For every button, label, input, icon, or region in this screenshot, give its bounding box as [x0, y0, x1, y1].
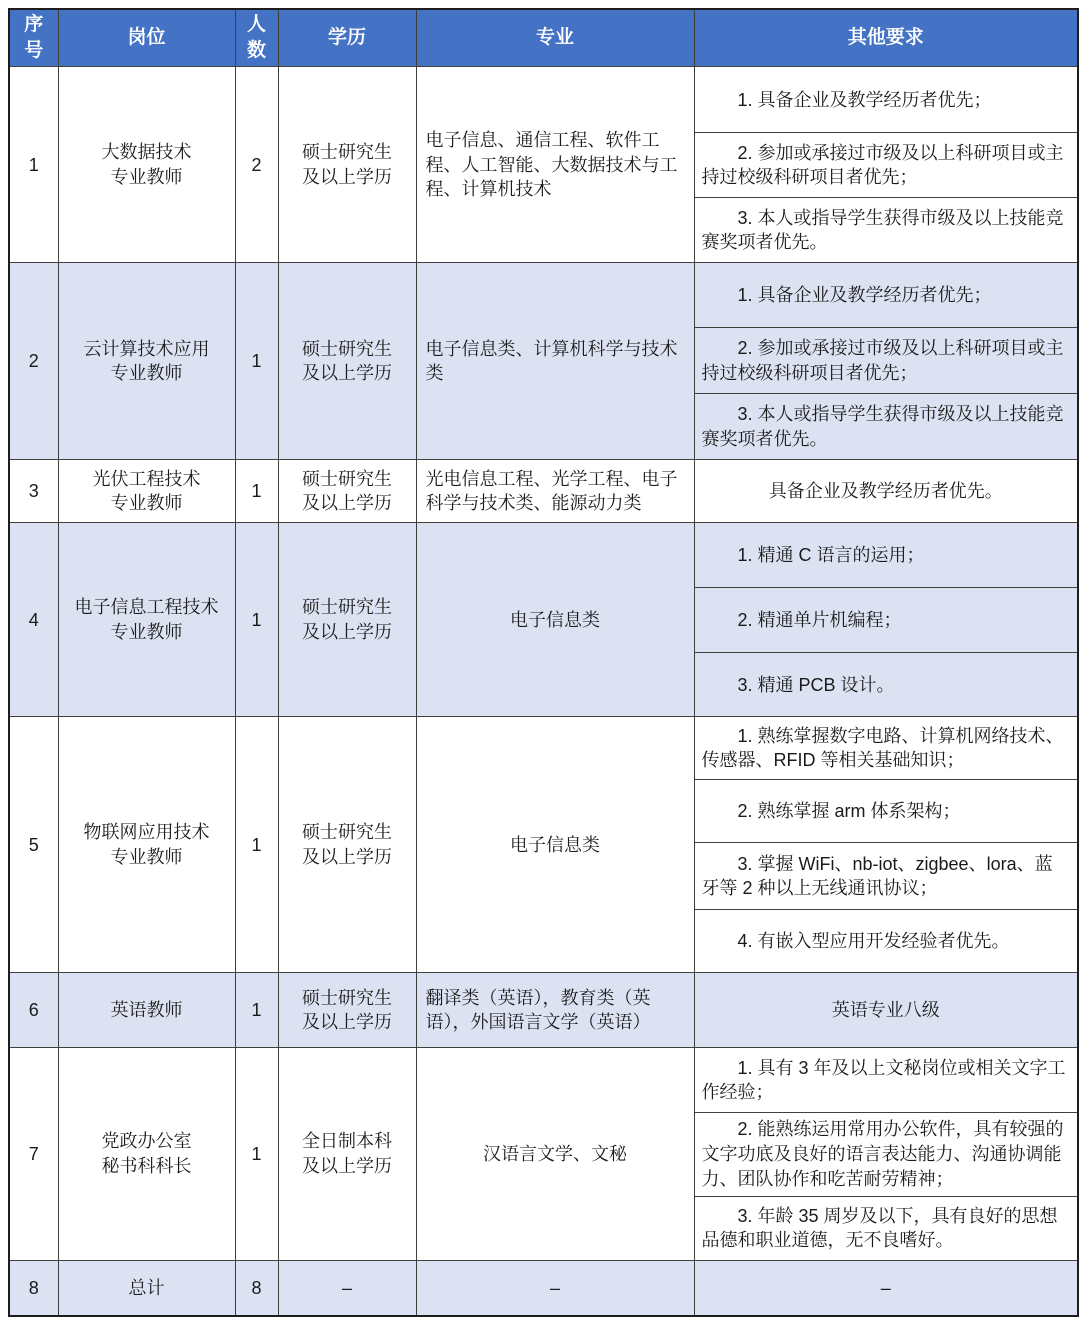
table-row: 1 大数据技术 专业教师 2 硕士研究生 及以上学历 电子信息、通信工程、软件工…: [9, 67, 1078, 133]
cell-education: 硕士研究生 及以上学历: [278, 523, 416, 717]
header-cell-position: 岗位: [58, 9, 235, 67]
table-row: 5 物联网应用技术 专业教师 1 硕士研究生 及以上学历 电子信息类 1. 熟练…: [9, 717, 1078, 780]
cell-count: 1: [235, 1048, 278, 1260]
cell-education: 全日制本科 及以上学历: [278, 1048, 416, 1260]
cell-requirement: 1. 熟练掌握数字电路、计算机网络技术、传感器、RFID 等相关基础知识；: [694, 717, 1078, 780]
total-row: 8 总计 8 – – –: [9, 1260, 1078, 1316]
cell-position: 光伏工程技术 专业教师: [58, 460, 235, 523]
cell-position: 物联网应用技术 专业教师: [58, 717, 235, 973]
cell-requirement: 4. 有嵌入型应用开发经验者优先。: [694, 910, 1078, 973]
cell-position: 大数据技术 专业教师: [58, 67, 235, 263]
cell-specialty: 电子信息类: [416, 523, 694, 717]
cell-requirement: 1. 具备企业及教学经历者优先；: [694, 263, 1078, 328]
cell-requirement: 3. 精通 PCB 设计。: [694, 653, 1078, 717]
cell-specialty: 电子信息类、计算机科学与技术类: [416, 263, 694, 460]
cell-position: 总计: [58, 1260, 235, 1316]
cell-no: 4: [9, 523, 58, 717]
cell-education: 硕士研究生 及以上学历: [278, 263, 416, 460]
cell-requirement: 2. 参加或承接过市级及以上科研项目或主持过校级科研项目者优先；: [694, 328, 1078, 394]
cell-count: 8: [235, 1260, 278, 1316]
cell-no: 5: [9, 717, 58, 973]
cell-position: 云计算技术应用 专业教师: [58, 263, 235, 460]
cell-position: 党政办公室 秘书科科长: [58, 1048, 235, 1260]
cell-education: –: [278, 1260, 416, 1316]
cell-education: 硕士研究生 及以上学历: [278, 460, 416, 523]
header-row: 序 号 岗位 人 数 学历 专业 其他要求: [9, 9, 1078, 67]
cell-position: 电子信息工程技术 专业教师: [58, 523, 235, 717]
header-cell-specialty: 专业: [416, 9, 694, 67]
header-cell-other: 其他要求: [694, 9, 1078, 67]
cell-specialty: 电子信息、通信工程、软件工程、人工智能、大数据技术与工程、计算机技术: [416, 67, 694, 263]
cell-requirement: 3. 本人或指导学生获得市级及以上技能竞赛奖项者优先。: [694, 198, 1078, 263]
cell-specialty: 光电信息工程、光学工程、电子科学与技术类、能源动力类: [416, 460, 694, 523]
cell-count: 2: [235, 67, 278, 263]
cell-requirement: 2. 精通单片机编程；: [694, 588, 1078, 653]
header-cell-no: 序 号: [9, 9, 58, 67]
cell-count: 1: [235, 717, 278, 973]
cell-requirement: 2. 能熟练运用常用办公软件，具有较强的文字功底及良好的语言表达能力、沟通协调能…: [694, 1113, 1078, 1196]
cell-position: 英语教师: [58, 973, 235, 1048]
cell-education: 硕士研究生 及以上学历: [278, 973, 416, 1048]
cell-education: 硕士研究生 及以上学历: [278, 717, 416, 973]
recruitment-table: 序 号 岗位 人 数 学历 专业 其他要求 1 大数据技术 专业教师 2 硕士研…: [8, 8, 1079, 1317]
cell-requirement: 1. 精通 C 语言的运用；: [694, 523, 1078, 588]
cell-no: 3: [9, 460, 58, 523]
cell-no: 2: [9, 263, 58, 460]
cell-requirement: 2. 熟练掌握 arm 体系架构；: [694, 780, 1078, 843]
header-cell-education: 学历: [278, 9, 416, 67]
cell-requirement: 3. 掌握 WiFi、nb-iot、zigbee、lora、蓝牙等 2 种以上无…: [694, 843, 1078, 910]
table-row: 3 光伏工程技术 专业教师 1 硕士研究生 及以上学历 光电信息工程、光学工程、…: [9, 460, 1078, 523]
cell-specialty: 汉语言文学、文秘: [416, 1048, 694, 1260]
cell-count: 1: [235, 263, 278, 460]
cell-requirement: 1. 具备企业及教学经历者优先；: [694, 67, 1078, 133]
cell-requirement: 1. 具有 3 年及以上文秘岗位或相关文字工作经验；: [694, 1048, 1078, 1113]
cell-requirement: 3. 本人或指导学生获得市级及以上技能竞赛奖项者优先。: [694, 394, 1078, 460]
cell-specialty: 翻译类（英语），教育类（英语），外国语言文学（英语）: [416, 973, 694, 1048]
cell-no: 6: [9, 973, 58, 1048]
cell-count: 1: [235, 973, 278, 1048]
cell-count: 1: [235, 460, 278, 523]
cell-education: 硕士研究生 及以上学历: [278, 67, 416, 263]
table-row: 4 电子信息工程技术 专业教师 1 硕士研究生 及以上学历 电子信息类 1. 精…: [9, 523, 1078, 588]
table-row: 7 党政办公室 秘书科科长 1 全日制本科 及以上学历 汉语言文学、文秘 1. …: [9, 1048, 1078, 1113]
table-row: 2 云计算技术应用 专业教师 1 硕士研究生 及以上学历 电子信息类、计算机科学…: [9, 263, 1078, 328]
cell-count: 1: [235, 523, 278, 717]
cell-requirement: 3. 年龄 35 周岁及以下，具有良好的思想品德和职业道德，无不良嗜好。: [694, 1196, 1078, 1260]
table-row: 6 英语教师 1 硕士研究生 及以上学历 翻译类（英语），教育类（英语），外国语…: [9, 973, 1078, 1048]
cell-no: 1: [9, 67, 58, 263]
header-cell-count: 人 数: [235, 9, 278, 67]
cell-requirement: –: [694, 1260, 1078, 1316]
cell-no: 7: [9, 1048, 58, 1260]
cell-no: 8: [9, 1260, 58, 1316]
cell-requirement: 英语专业八级: [694, 973, 1078, 1048]
cell-specialty: –: [416, 1260, 694, 1316]
cell-requirement: 具备企业及教学经历者优先。: [694, 460, 1078, 523]
cell-requirement: 2. 参加或承接过市级及以上科研项目或主持过校级科研项目者优先；: [694, 133, 1078, 198]
cell-specialty: 电子信息类: [416, 717, 694, 973]
